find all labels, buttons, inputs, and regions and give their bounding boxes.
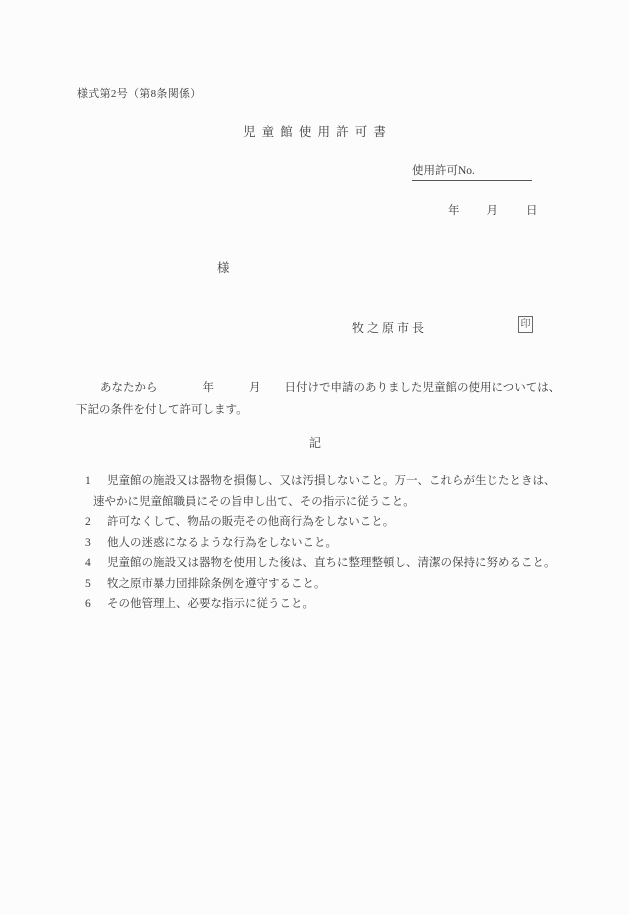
condition-number: 2 [85, 512, 107, 533]
condition-text: 児童館の施設又は器物を損傷し、又は汚損しないこと。万一、これらが生じたときは、速… [93, 475, 556, 508]
condition-number: 6 [85, 594, 107, 615]
condition-text: 許可なくして、物品の販売その他商行為をしないこと。 [107, 516, 394, 528]
condition-number: 3 [85, 533, 107, 554]
condition-item: 5牧之原市暴力団排除条例を遵守すること。 [93, 574, 566, 595]
condition-number: 1 [85, 471, 107, 492]
form-number: 様式第2号（第8条関係） [77, 85, 202, 101]
body-text-line2: 下記の条件を付して許可します。 [76, 401, 248, 417]
condition-item: 6その他管理上、必要な指示に従うこと。 [93, 594, 566, 615]
condition-text: その他管理上、必要な指示に従うこと。 [107, 598, 314, 610]
body-intro-text: あなたから [100, 382, 158, 394]
body-rest-text: 日付けで申請のありました児童館の使用については、 [285, 382, 561, 394]
seal-box: 印 [518, 316, 533, 333]
condition-number: 4 [85, 553, 107, 574]
condition-item: 4児童館の施設又は器物を使用した後は、直ちに整理整頓し、清潔の保持に努めること。 [93, 553, 566, 574]
issuer-name: 牧之原市長 [352, 319, 427, 336]
condition-text: 牧之原市暴力団排除条例を遵守すること。 [107, 578, 326, 590]
condition-item: 3他人の迷惑になるような行為をしないこと。 [93, 533, 566, 554]
permit-number-label: 使用許可No. [412, 165, 475, 177]
condition-text: 他人の迷惑になるような行為をしないこと。 [107, 537, 337, 549]
permit-document-page: 様式第2号（第8条関係） 児 童 館 使 用 許 可 書 使用許可No. 年月日… [0, 0, 630, 915]
condition-text: 児童館の施設又は器物を使用した後は、直ちに整理整頓し、清潔の保持に努めること。 [107, 557, 556, 569]
body-text-line1: あなたから年月日付けで申請のありました児童館の使用については、 [76, 379, 560, 395]
issue-date-year-label: 年 [448, 205, 460, 217]
document-title: 児 童 館 使 用 許 可 書 [0, 122, 630, 140]
issue-date-line: 年月日 [448, 202, 538, 218]
body-year-label: 年 [203, 382, 215, 394]
record-heading: 記 [0, 434, 630, 451]
issue-date-day-label: 日 [526, 205, 538, 217]
condition-item: 1児童館の施設又は器物を損傷し、又は汚損しないこと。万一、これらが生じたときは、… [93, 471, 566, 512]
condition-item: 2許可なくして、物品の販売その他商行為をしないこと。 [93, 512, 566, 533]
body-month-label: 月 [249, 382, 261, 394]
permit-number-line: 使用許可No. [412, 162, 532, 181]
permit-number-blank-field [475, 173, 532, 174]
addressee-honorific: 様 [217, 258, 230, 276]
conditions-list: 1児童館の施設又は器物を損傷し、又は汚損しないこと。万一、これらが生じたときは、… [0, 471, 630, 615]
issue-date-month-label: 月 [487, 205, 499, 217]
condition-number: 5 [85, 574, 107, 595]
